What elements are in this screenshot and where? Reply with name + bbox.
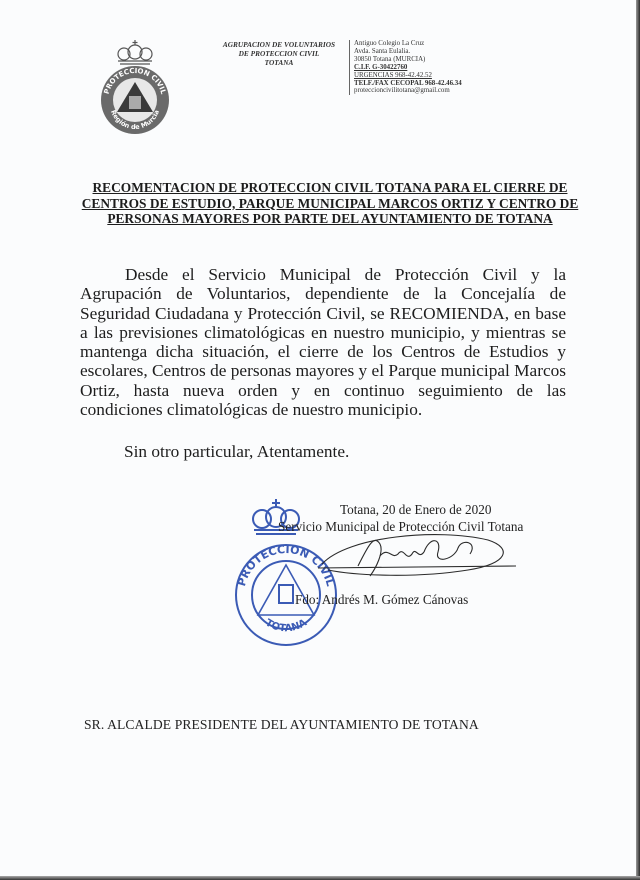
closing-line: Sin otro particular, Atentamente. — [124, 442, 349, 462]
email: proteccioncivilitotana@gmail.com — [354, 87, 462, 95]
address-line: Antiguo Colegio La Cruz — [354, 40, 462, 48]
address-line: Avda. Santa Eulalia. — [354, 48, 462, 56]
address-line: 30850 Totana (MURCIA) — [354, 56, 462, 64]
cif: C.I.F. G-30422760 — [354, 64, 462, 72]
scan-edge-bottom — [0, 876, 640, 880]
header-divider — [349, 40, 350, 95]
svg-text:TOTANA: TOTANA — [263, 617, 309, 634]
document-title: RECOMENTACION DE PROTECCION CIVIL TOTANA… — [80, 180, 580, 227]
addressee: SR. ALCALDE PRESIDENTE DEL AYUNTAMIENTO … — [84, 717, 479, 733]
handwritten-signature-icon — [318, 526, 518, 586]
body-paragraph: Desde el Servicio Municipal de Protecció… — [80, 265, 566, 419]
telefax: TELF./FAX CECOPAL 968-42.46.34 — [354, 80, 462, 88]
scan-edge-right — [636, 0, 640, 880]
signatory-name: Fdo: Andrés M. Gómez Cánovas — [295, 592, 468, 608]
contact-info: Antiguo Colegio La Cruz Avda. Santa Eula… — [354, 40, 462, 95]
signature-date: Totana, 20 de Enero de 2020 — [340, 502, 491, 518]
document-page: PROTECCION CIVIL Región de Murcia AGRUPA… — [0, 0, 636, 876]
urgencias-phone: URGENCIAS 968-42.42.52 — [354, 72, 462, 80]
proteccion-civil-emblem-icon: PROTECCION CIVIL Región de Murcia — [96, 36, 174, 136]
organization-name: AGRUPACION DE VOLUNTARIOS DE PROTECCION … — [212, 40, 346, 68]
